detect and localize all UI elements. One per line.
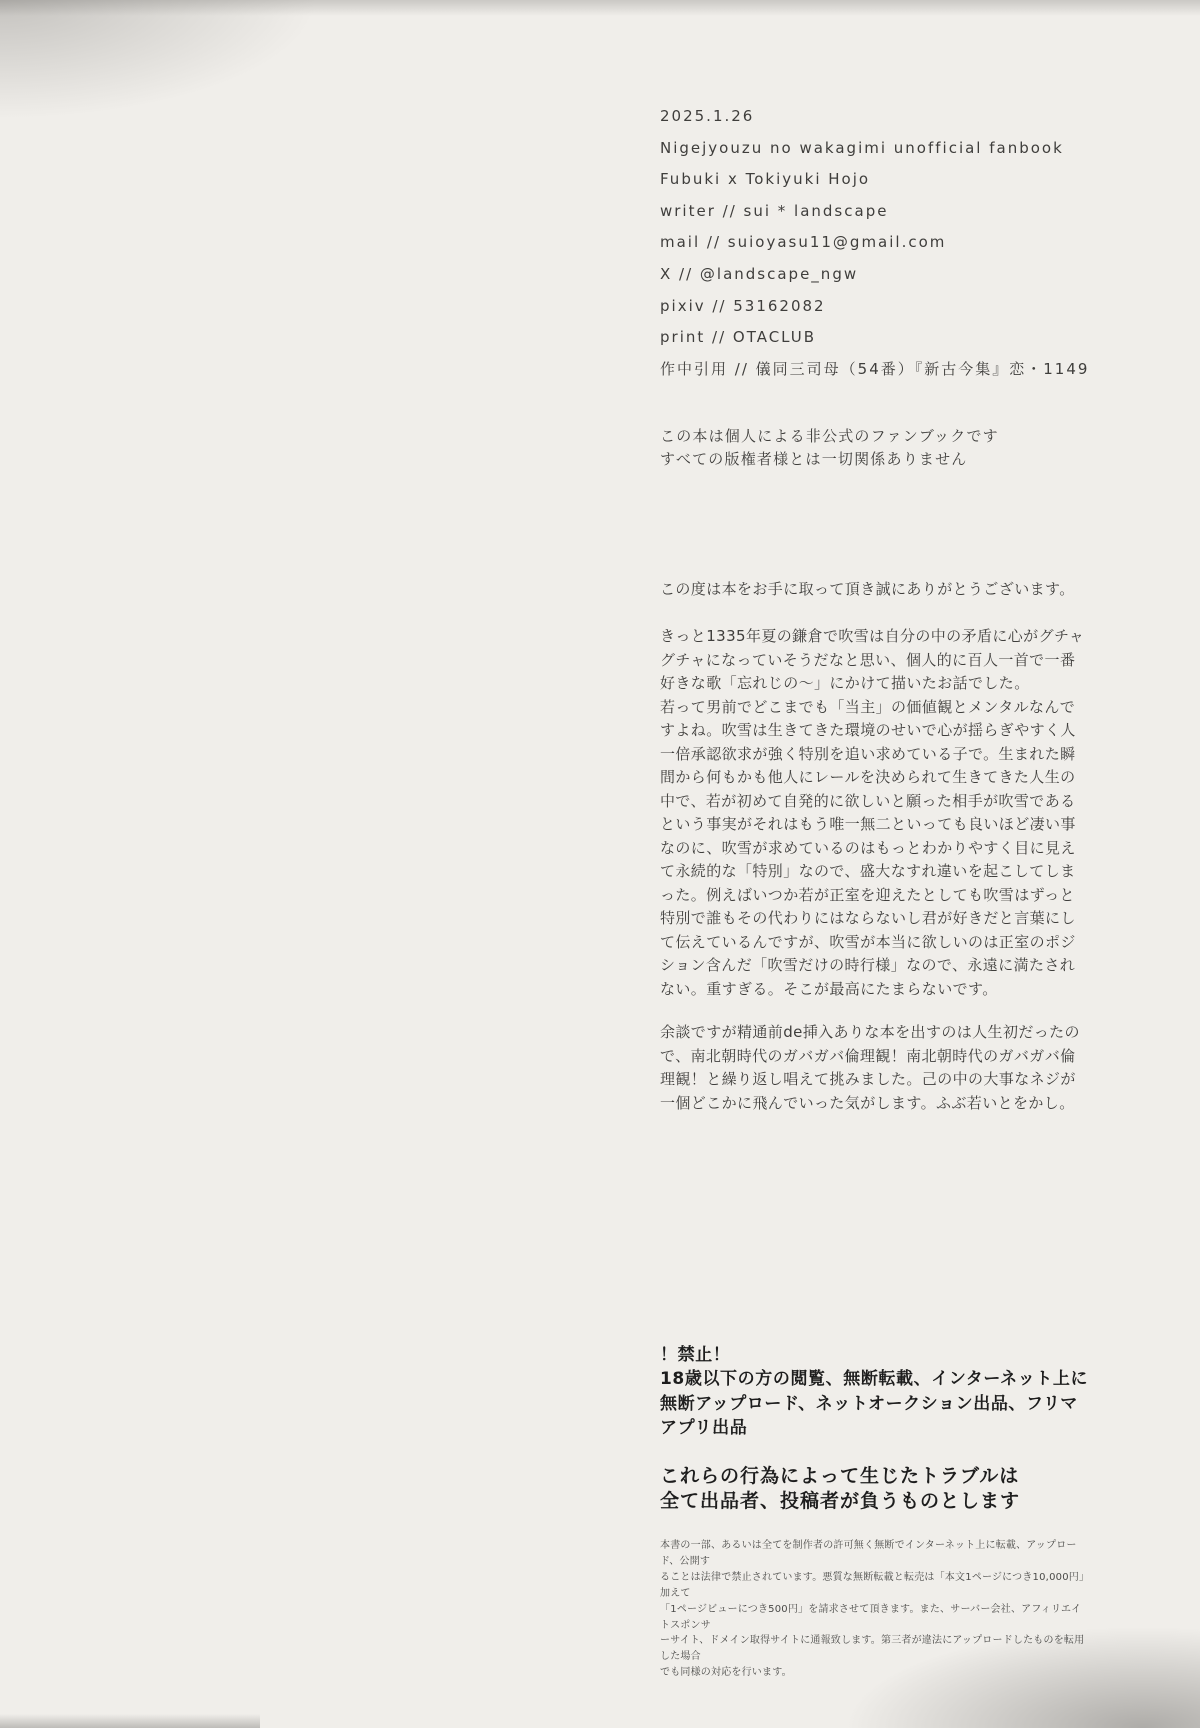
credit-mail: mail // suioyasu11@gmail.com <box>660 227 1089 259</box>
credits-block: 2025.1.26 Nigejyouzu no wakagimi unoffic… <box>660 101 1089 385</box>
prohibition-list: 18歳以下の方の閲覧、無断転載、インターネット上に 無断アップロード、ネットオー… <box>660 1367 1088 1440</box>
prohibition-block: ！禁止！ 18歳以下の方の閲覧、無断転載、インターネット上に 無断アップロード、… <box>660 1343 1088 1441</box>
credit-print: print // OTACLUB <box>660 322 1089 354</box>
afterword-thanks: この度は本をお手に取って頂き誠にありがとうございます。 <box>660 578 1075 599</box>
credit-pixiv: pixiv // 53162082 <box>660 291 1089 323</box>
afterword-paragraph-1: きっと1335年夏の鎌倉で吹雪は自分の中の矛盾に心がグチャ グチャになっていそう… <box>660 625 1084 1001</box>
afterword-paragraph-2: 余談ですが精通前de挿入ありな本を出すのは人生初だったの で、南北朝時代のガバガ… <box>660 1021 1080 1115</box>
prohibition-heading: ！禁止！ <box>660 1343 1088 1367</box>
scan-shadow-top-left <box>0 0 320 120</box>
unofficial-disclaimer: この本は個人による非公式のファンブックです すべての版権者様とは一切関係ありませ… <box>660 425 999 471</box>
credit-writer: writer // sui * landscape <box>660 196 1089 228</box>
credit-date: 2025.1.26 <box>660 101 1089 133</box>
credit-citation: 作中引用 // 儀同三司母（54番）『新古今集』恋・1149 <box>660 354 1089 386</box>
scan-shadow-bottom-left <box>0 1714 260 1728</box>
legal-fine-print: 本書の一部、あるいは全てを制作者の許可無く無断でインターネット上に転載、アップロ… <box>660 1538 1090 1681</box>
credit-x-account: X // @landscape_ngw <box>660 259 1089 291</box>
credit-pairing: Fubuki x Tokiyuki Hojo <box>660 164 1089 196</box>
credit-series: Nigejyouzu no wakagimi unofficial fanboo… <box>660 133 1089 165</box>
liability-statement: これらの行為によって生じたトラブルは 全て出品者、投稿者が負うものとします <box>660 1464 1020 1515</box>
colophon-page: 2025.1.26 Nigejyouzu no wakagimi unoffic… <box>0 0 1200 1728</box>
